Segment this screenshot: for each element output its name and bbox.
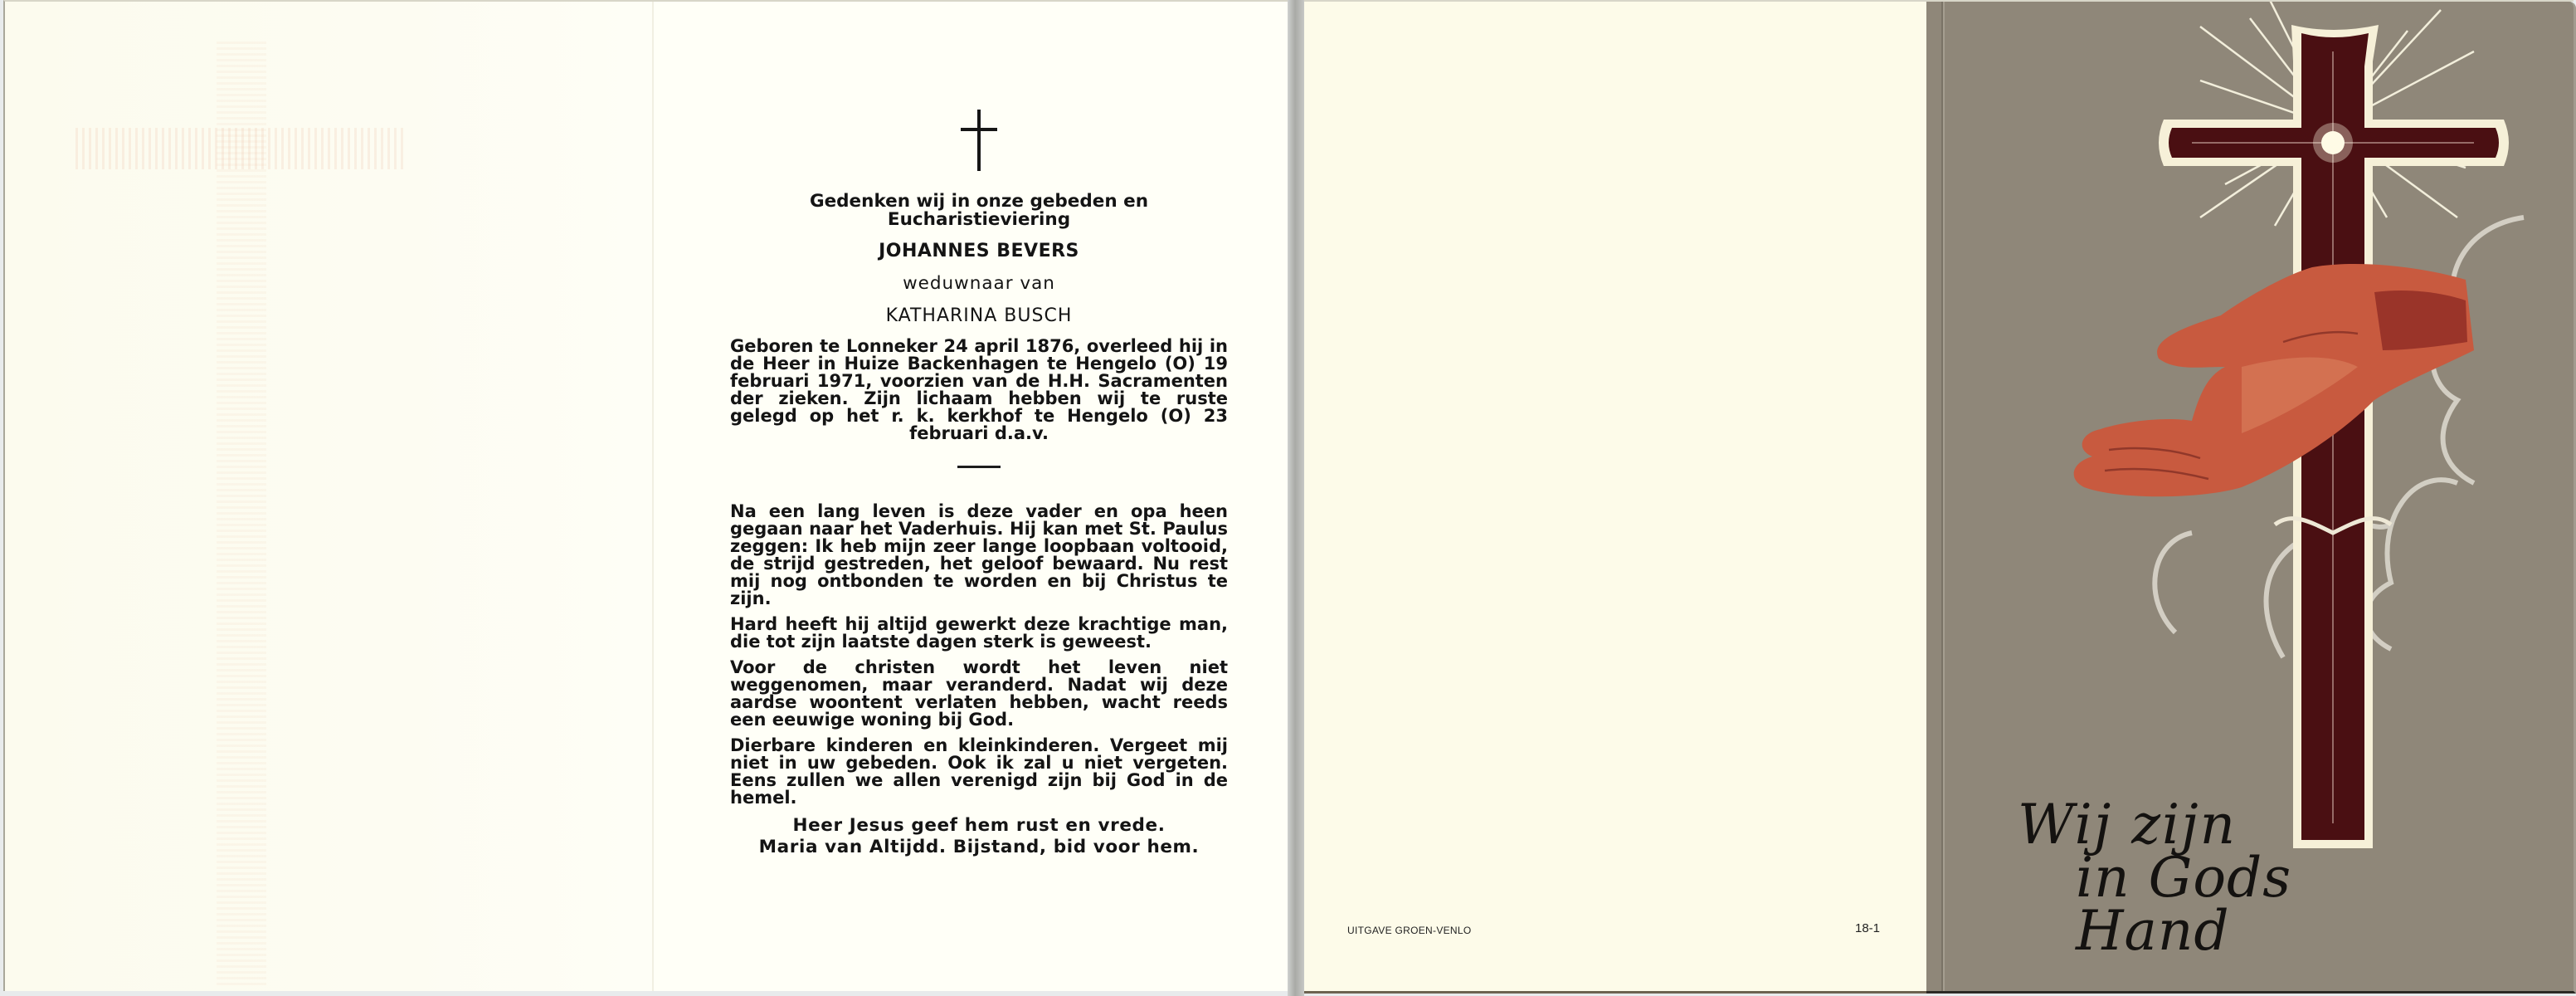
inner-spread: Gedenken wij in onze gebeden en Eucharis… bbox=[3, 0, 1289, 991]
prayer-line: Maria van Altijdd. Bijstand, bid voor he… bbox=[730, 837, 1228, 858]
deceased-name: JOHANNES BEVERS bbox=[730, 241, 1228, 261]
motto-line-2: in Gods Hand bbox=[2018, 852, 2432, 958]
back-cover-panel: UITGAVE GROEN-VENLO 18-1 bbox=[1304, 2, 1926, 994]
show-through-cross-bar bbox=[75, 128, 407, 169]
show-through-cross-icon bbox=[217, 41, 266, 988]
memorial-text: Gedenken wij in onze gebeden en Eucharis… bbox=[730, 110, 1228, 858]
motto-line-1: Wij zijn bbox=[2018, 798, 2432, 852]
biography: Geboren te Lonneker 24 april 1876, overl… bbox=[730, 338, 1228, 442]
separator-rule bbox=[957, 466, 1001, 468]
latin-cross-icon bbox=[961, 110, 997, 171]
outer-spread: UITGAVE GROEN-VENLO 18-1 bbox=[1304, 0, 2574, 991]
paragraph: Dierbare kinderen en kleinkinderen. Verg… bbox=[730, 737, 1228, 807]
front-cover-panel: Wij zijn in Gods Hand bbox=[1926, 2, 2576, 994]
paragraph: Na een lang leven is deze vader en opa h… bbox=[730, 503, 1228, 608]
hand-icon bbox=[2074, 264, 2474, 496]
publisher-imprint: UITGAVE GROEN-VENLO bbox=[1347, 925, 1472, 936]
cover-motto: Wij zijn in Gods Hand bbox=[2018, 798, 2432, 958]
scan-gap bbox=[1288, 0, 1304, 996]
inner-left-panel bbox=[5, 2, 652, 991]
inner-right-panel: Gedenken wij in onze gebeden en Eucharis… bbox=[654, 2, 1289, 991]
relation-text: weduwnaar van bbox=[730, 273, 1228, 294]
spouse-name: KATHARINA BUSCH bbox=[730, 305, 1228, 326]
paragraph: Voor de christen wordt het leven niet we… bbox=[730, 659, 1228, 729]
paragraph: Hard heeft hij altijd gewerkt deze krach… bbox=[730, 616, 1228, 651]
prayer-line: Heer Jesus geef hem rust en vrede. bbox=[730, 815, 1228, 837]
card-code: 18-1 bbox=[1855, 921, 1880, 935]
intro-text: Gedenken wij in onze gebeden en Eucharis… bbox=[730, 193, 1228, 229]
